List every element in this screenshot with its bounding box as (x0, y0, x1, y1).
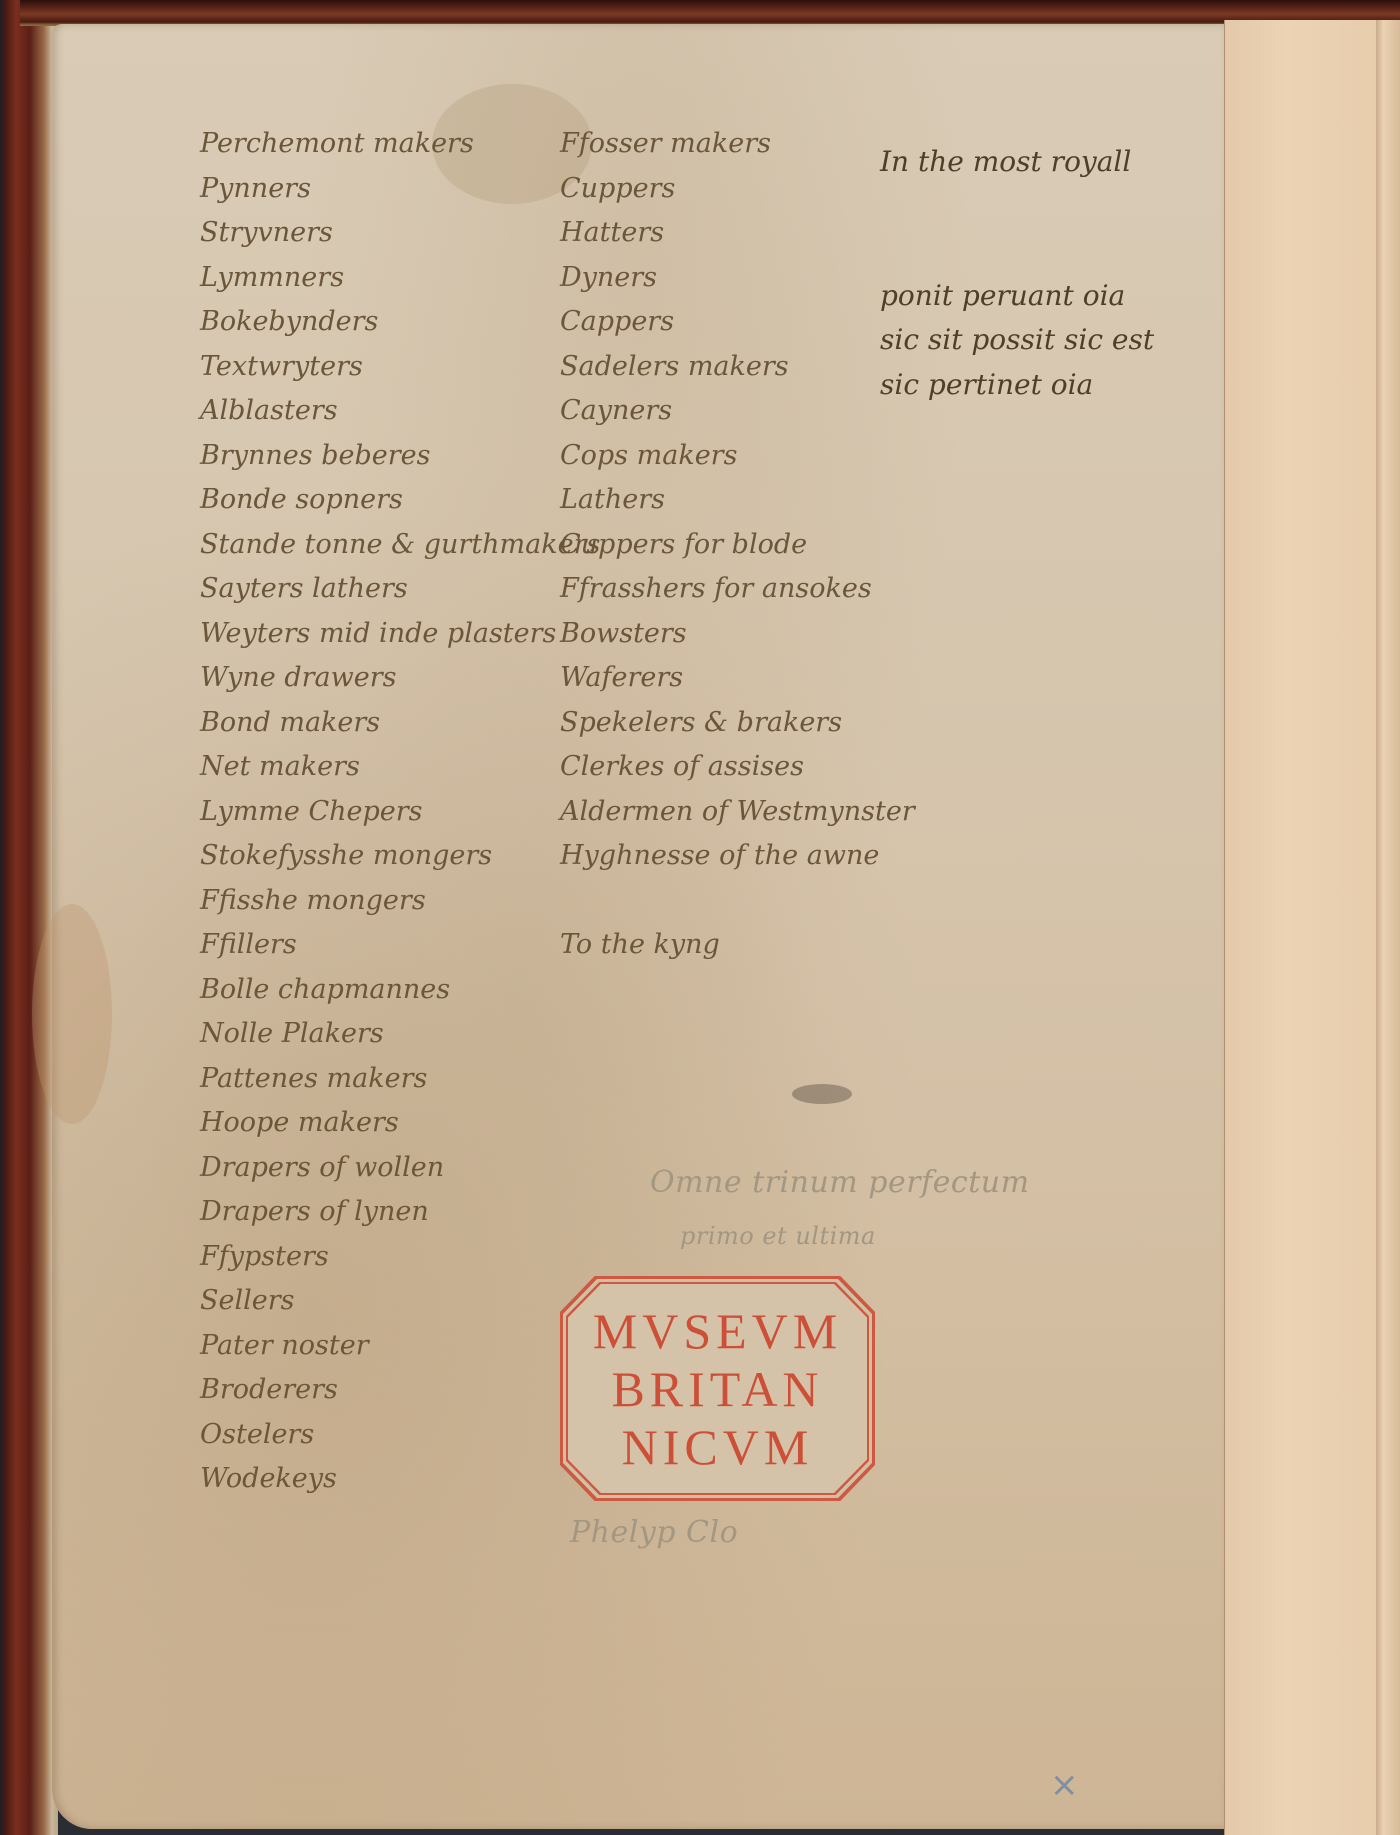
list-item: Perchemont makers (200, 128, 600, 173)
list-item: Hyghnesse of the awne (560, 840, 915, 885)
list-item: Spekelers & brakers (560, 707, 915, 752)
list-item: Drapers of wollen (200, 1152, 600, 1197)
faint-note: primo et ultima (680, 1222, 876, 1250)
list-item: Stokefysshe mongers (200, 840, 600, 885)
list-item: Pater noster (200, 1330, 600, 1375)
list-item: Lymmners (200, 262, 600, 307)
list-item: Pattenes makers (200, 1063, 600, 1108)
list-item: Cops makers (560, 440, 915, 485)
list-item: Wodekeys (200, 1463, 600, 1508)
trades-list-left: Perchemont makers Pynners Stryvners Lymm… (200, 128, 600, 1508)
list-item: Sayters lathers (200, 573, 600, 618)
list-item: Drapers of lynen (200, 1196, 600, 1241)
faint-note: Omne trinum perfectum (650, 1165, 1030, 1200)
marginal-notes: In the most royall ponit peruant oia sic… (880, 145, 1154, 412)
list-item: Stande tonne & gurthmakers (200, 529, 600, 574)
book-binding-top (20, 0, 1400, 26)
list-item: Hatters (560, 217, 915, 262)
stamp-text: BRITAN (611, 1360, 823, 1418)
list-item: Ffrasshers for ansokes (560, 573, 915, 618)
list-item: Sadelers makers (560, 351, 915, 396)
book-binding-left (0, 0, 58, 1835)
list-item: Lymme Chepers (200, 796, 600, 841)
faint-signature: Phelyp Clo (570, 1515, 738, 1550)
list-item: Stryvners (200, 217, 600, 262)
guard-leaf-edge (1376, 20, 1400, 1835)
list-item: Alblasters (200, 395, 600, 440)
note-line: sic sit possit sic est (880, 323, 1154, 368)
list-item: Weyters mid inde plasters (200, 618, 600, 663)
list-item (560, 885, 915, 930)
note-line: sic pertinet oia (880, 368, 1154, 413)
note-line (880, 190, 1154, 235)
list-item: Bokebynders (200, 306, 600, 351)
list-item: Brynnes beberes (200, 440, 600, 485)
list-item: Broderers (200, 1374, 600, 1419)
guard-leaf (1224, 20, 1377, 1835)
note-line: In the most royall (880, 145, 1154, 190)
list-item: Lathers (560, 484, 915, 529)
trades-list-middle: Ffosser makers Cuppers Hatters Dyners Ca… (560, 128, 915, 974)
stain (32, 904, 112, 1124)
list-item: Cuppers for blode (560, 529, 915, 574)
list-item: Sellers (200, 1285, 600, 1330)
stain (792, 1084, 852, 1104)
pencil-mark: × (1050, 1765, 1079, 1805)
list-item: Bonde sopners (200, 484, 600, 529)
list-item: To the kyng (560, 929, 915, 974)
list-item: Bowsters (560, 618, 915, 663)
list-item: Nolle Plakers (200, 1018, 600, 1063)
list-item: Cappers (560, 306, 915, 351)
list-item: Aldermen of Westmynster (560, 796, 915, 841)
stamp-text: NICVM (622, 1418, 814, 1476)
list-item: Bolle chapmannes (200, 974, 600, 1019)
list-item: Net makers (200, 751, 600, 796)
list-item: Hoope makers (200, 1107, 600, 1152)
list-item: Pynners (200, 173, 600, 218)
list-item: Ffypsters (200, 1241, 600, 1286)
list-item: Wyne drawers (200, 662, 600, 707)
list-item: Textwryters (200, 351, 600, 396)
list-item: Cuppers (560, 173, 915, 218)
list-item: Clerkes of assises (560, 751, 915, 796)
list-item: Dyners (560, 262, 915, 307)
list-item: Bond makers (200, 707, 600, 752)
list-item: Waferers (560, 662, 915, 707)
stamp-text: MVSEVM (593, 1302, 842, 1360)
list-item: Ffillers (200, 929, 600, 974)
note-line (880, 234, 1154, 279)
museum-stamp: MVSEVM BRITAN NICVM (560, 1276, 875, 1501)
list-item: Ffosser makers (560, 128, 915, 173)
list-item: Ostelers (200, 1419, 600, 1464)
list-item: Ffisshe mongers (200, 885, 600, 930)
list-item: Cayners (560, 395, 915, 440)
note-line: ponit peruant oia (880, 279, 1154, 324)
